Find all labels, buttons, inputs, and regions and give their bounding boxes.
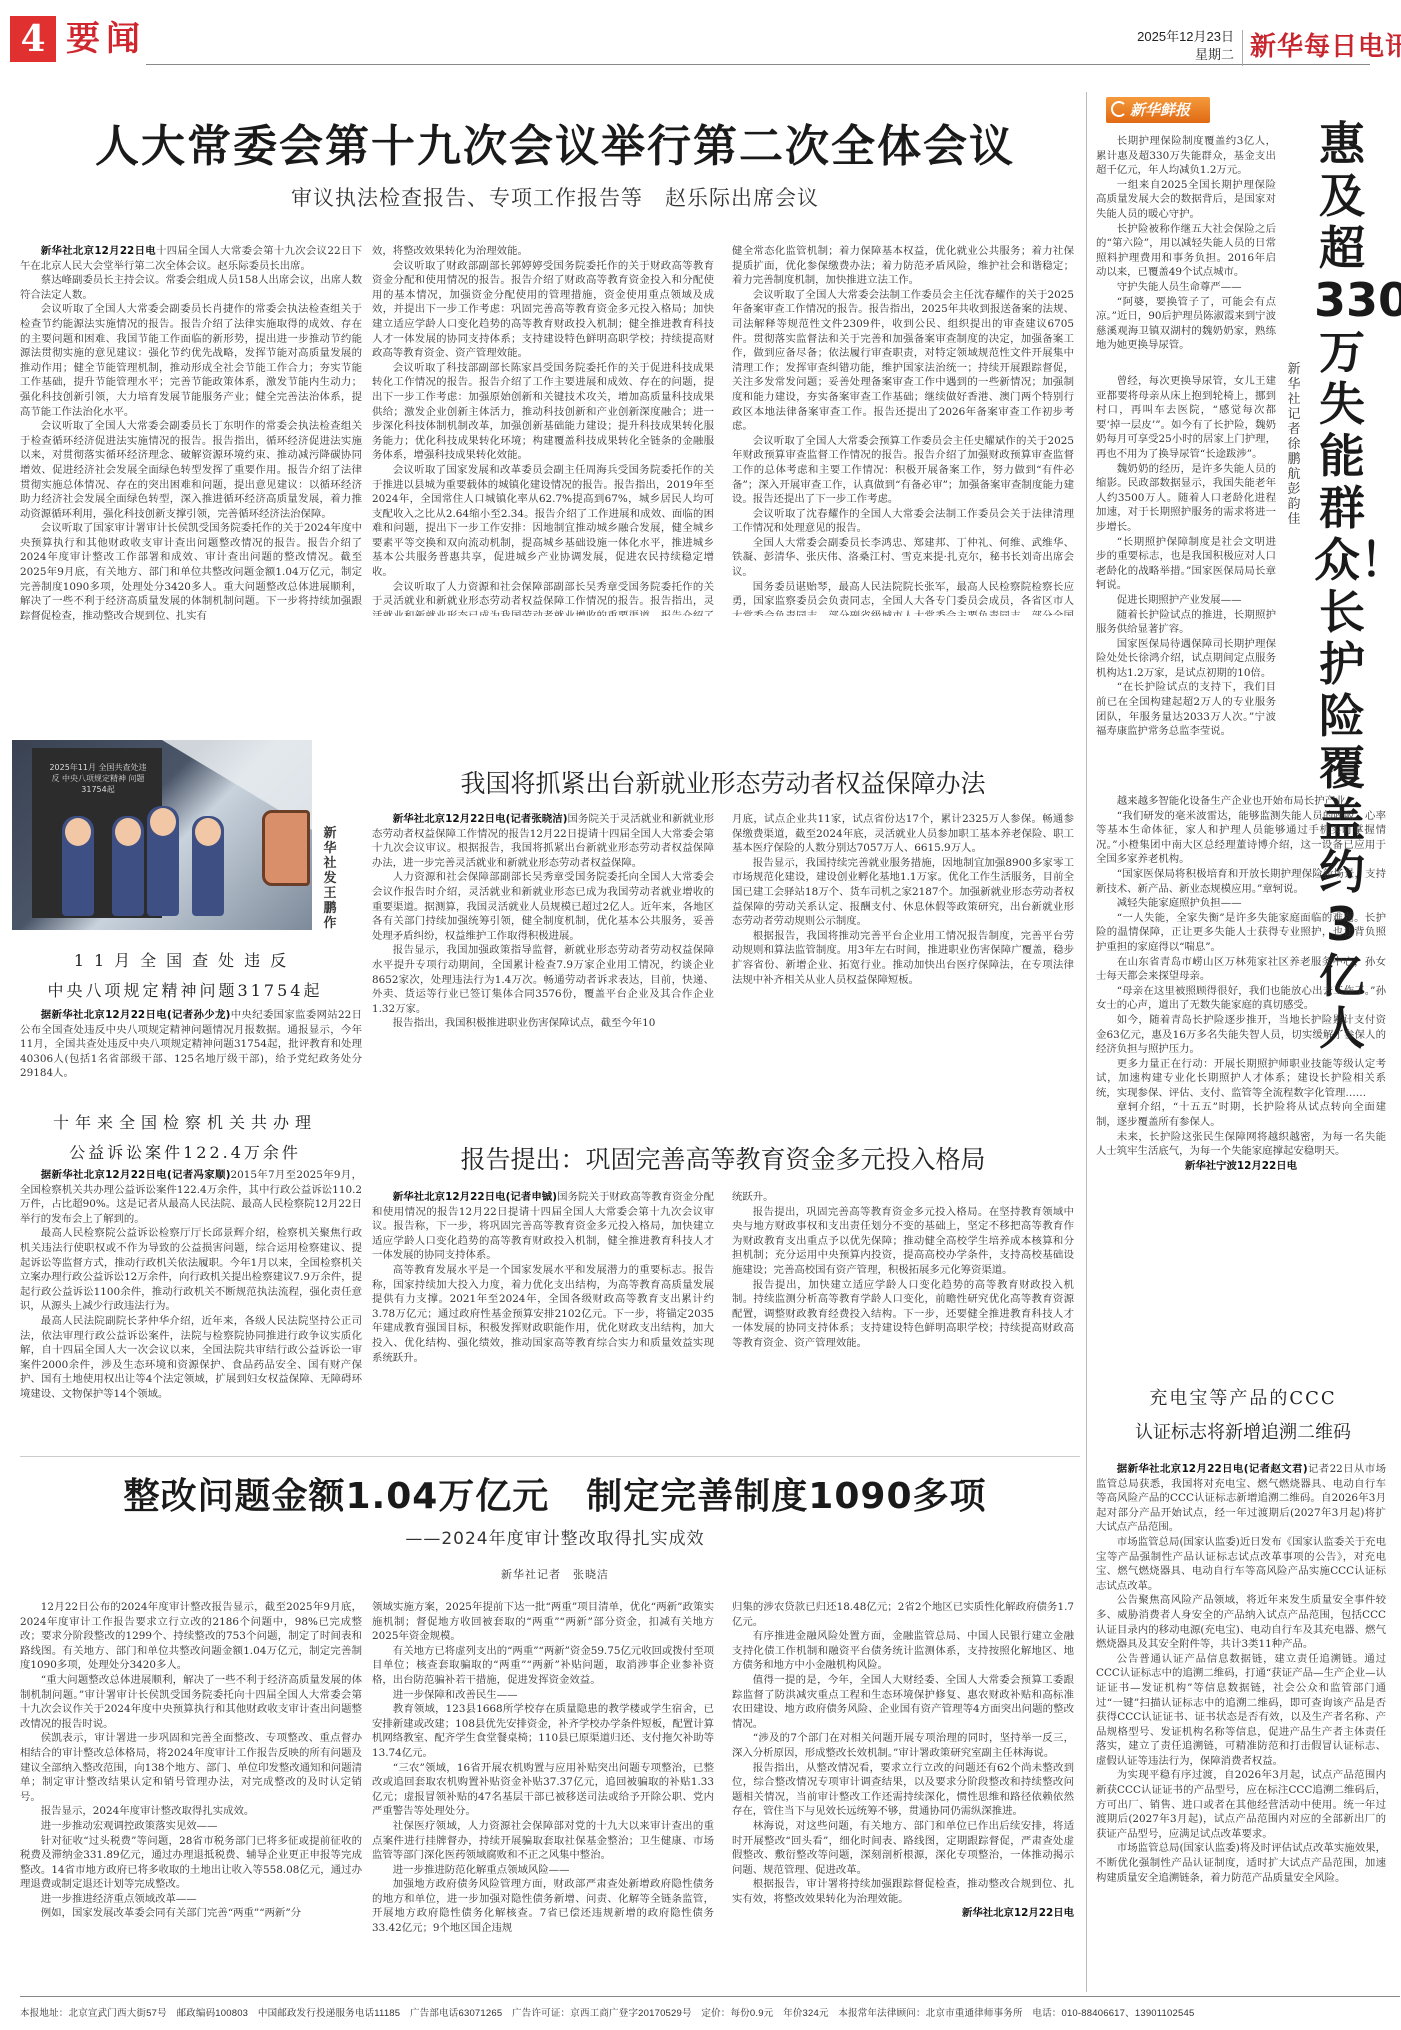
ccc-headline: 充电宝等产品的CCC 认证标志将新增追溯二维码 (1108, 1382, 1378, 1450)
masthead-separator (1242, 30, 1243, 66)
footer-rule (20, 1996, 1400, 1997)
cartoon-illustration: 2025年11月 全国共查处违反 中央八项规定精神 问题31754起 (12, 740, 312, 930)
cartoon-board-text: 2025年11月 全国共查处违反 中央八项规定精神 问题31754起 (48, 762, 148, 795)
ltci-signoff: 新华社宁波12月22日电 (1096, 1159, 1386, 1174)
brief-1-headline: 11月全国查处违反 中央八项规定精神问题31754起 (20, 946, 350, 1006)
brief-2-body: 据新华社北京12月22日电(记者冯家顺)2015年7月至2025年9月，全国检察… (20, 1168, 362, 1448)
column-rule (1086, 92, 1087, 1992)
audit-article-column-1: 12月22日公布的2024年度审计整改报告显示，截至2025年9月底，2024年… (20, 1600, 362, 1992)
audit-article-column-2: 领域实施方案，2025年提前下达一批“两重”项目清单，优化“两新”政策实施机制；… (372, 1600, 714, 1992)
lead-article-column-1: 新华社北京12月22日电十四届全国人大常委会第十九次会议22日下午在北京人民大会… (20, 244, 362, 714)
issue-weekday: 星期二 (1098, 46, 1234, 64)
flashlight-icon (262, 810, 310, 886)
newspaper-brand-logo: 新华每日电讯 (1250, 26, 1401, 63)
masthead-rule (146, 64, 1370, 65)
footer-imprint: 本报地址：北京宣武门西大街57号 邮政编码100803 中国邮政发行投递服务电话… (20, 2005, 1400, 2019)
edu-article-column-1: 新华社北京12月22日电(记者申铖)国务院关于财政高等教育资金分配和使用情况的报… (372, 1190, 714, 1450)
ltci-article-middle: 曾经，每次更换导尿管，女儿王建亚都要将母亲从床上抱到轮椅上，挪到村口，再叫车去医… (1096, 374, 1276, 794)
lead-dateline: 新华社北京12月22日电 (41, 245, 156, 257)
brief-1-body: 据新华社北京12月22日电(记者孙少龙)中央纪委国家监委网站22日公布全国查处违… (20, 1008, 362, 1088)
edu-article-headline: 报告提出：巩固完善高等教育资金多元投入格局 (372, 1140, 1074, 1176)
labor-article-column-1: 新华社北京12月22日电(记者张晓洁)国务院关于灵活就业和新就业形态劳动者权益保… (372, 812, 714, 1034)
audit-article-column-3: 归集的涉农贷款已归还18.48亿元；2省2个地区已实质性化解政府债务1.7亿元。… (732, 1600, 1074, 1992)
cartoon-head (65, 818, 91, 846)
cartoon-head (150, 808, 176, 836)
ltci-article-lower: 越来越多智能化设备生产企业也开始布局长护产业。 “我们研发的毫米波雷达，能够监测… (1096, 794, 1386, 1354)
magnifier-icon (1111, 101, 1127, 117)
issue-date: 2025年12月23日 (1098, 28, 1234, 46)
audit-article-signoff: 新华社北京12月22日电 (732, 1906, 1074, 1921)
brief-2-headline: 十年来全国检察机关共办理 公益诉讼案件122.4万余件 (20, 1108, 350, 1168)
lead-headline: 人大常委会第十九次会议举行第二次全体会议 (20, 110, 1090, 174)
lead-subheadline: 审议执法检查报告、专项工作报告等 赵乐际出席会议 (20, 182, 1090, 212)
lead-article-column-2: 效，将整改效果转化为治理效能。 会议听取了财政部副部长郭婷婷受国务院委托作的关于… (372, 244, 714, 616)
edu-article-column-2: 统跃升。 报告提出，巩固完善高等教育资金多元投入格局。在坚持教育领域中央与地方财… (732, 1190, 1074, 1450)
audit-article-headline: 整改问题金额1.04万亿元 制定完善制度1090多项 (20, 1468, 1090, 1519)
cartoon-head (195, 818, 221, 846)
lead-article-column-3: 健全常态化监管机制；着力保障基本权益，优化就业公共服务；着力社保提质扩面，优化参… (732, 244, 1074, 616)
ltci-byline: 新华社记者 徐鹏航 彭韵佳 (1285, 362, 1303, 527)
ltci-article-upper: 长期护理保险制度覆盖约3亿人，累计惠及超330万失能群众，基金支出超千亿元，年人… (1096, 134, 1276, 374)
section-title: 要闻 (66, 16, 146, 62)
audit-article-subheadline: ——2024年度审计整改取得扎实成效 (20, 1524, 1090, 1549)
page-number-badge: 4 (10, 16, 56, 62)
xinhua-xianbao-badge: 新华鲜报 (1106, 97, 1210, 123)
labor-article-headline: 我国将抓紧出台新就业形态劳动者权益保障办法 (372, 764, 1074, 800)
ccc-article-body: 据新华社北京12月22日电(记者赵文君)记者22日从市场监管总局获悉，我国将对充… (1096, 1462, 1386, 1992)
labor-article-column-2: 月底，试点企业共11家，试点省份达17个，累计2325万人参保。畅通参保缴费渠道… (732, 812, 1074, 1034)
cartoon-head (115, 818, 141, 846)
cartoon-credit: 新华社发 王鹏作 (322, 826, 338, 931)
date-block: 2025年12月23日 星期二 (1098, 28, 1234, 64)
section-divider (20, 1456, 1080, 1457)
audit-article-byline: 新华社记者 张晓洁 (20, 1566, 1090, 1582)
